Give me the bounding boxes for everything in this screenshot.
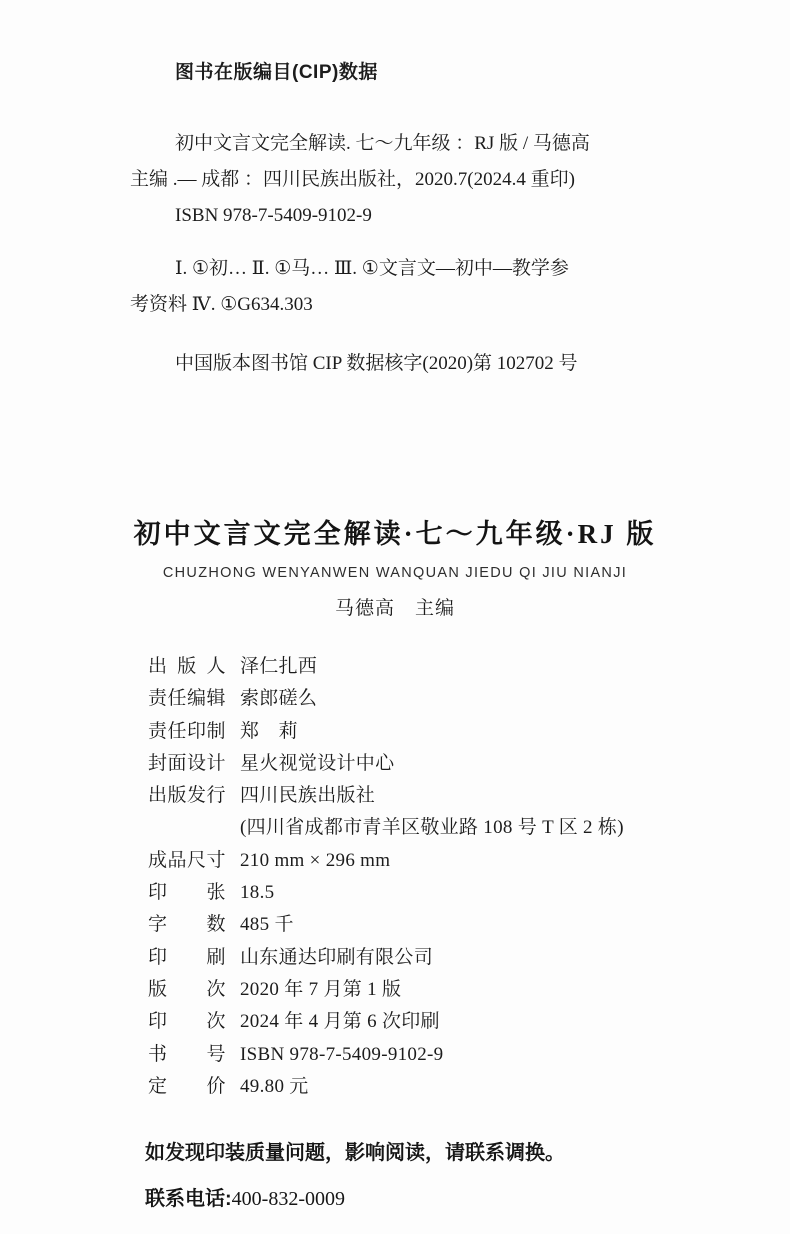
- cip-block: 图书在版编目(CIP)数据 初中文言文完全解读. 七～九年级 ：RJ 版 / 马…: [130, 55, 675, 382]
- cip-class-line: 考资料 Ⅳ. ①G634.303: [130, 287, 675, 323]
- cip-entry-line: 主编 .— 成都 ：四川民族出版社，2020.7(2024.4 重印): [130, 162, 675, 198]
- colophon-label: [148, 812, 226, 844]
- colophon-label: 印刷: [148, 942, 226, 974]
- colophon-row: 出版发行 四川民族出版社: [148, 780, 668, 812]
- colophon-label: 印次: [148, 1006, 226, 1038]
- cip-entry-line: 初中文言文完全解读. 七～九年级 ：RJ 版 / 马德高: [130, 126, 675, 162]
- colophon-row: 印次 2024 年 4 月第 6 次印刷: [148, 1006, 668, 1038]
- book-title: 初中文言文完全解读·七～九年级·RJ 版: [0, 512, 790, 551]
- colophon-value: 210 mm × 296 mm: [240, 845, 668, 877]
- colophon-row: 字数 485 千: [148, 909, 668, 941]
- footer-block: 如发现印装质量问题，影响阅读，请联系调换。 联系电话:400-832-0009: [145, 1130, 565, 1222]
- colophon-value: 49.80 元: [240, 1071, 668, 1103]
- colophon-value: 郑 莉: [240, 716, 668, 748]
- colophon-value: 2024 年 4 月第 6 次印刷: [240, 1006, 668, 1038]
- colophon-label: 字数: [148, 909, 226, 941]
- contact-label: 联系电话:: [145, 1188, 232, 1210]
- book-title-pinyin: CHUZHONG WENYANWEN WANQUAN JIEDU QI JIU …: [0, 565, 790, 581]
- colophon-value: 山东通达印刷有限公司: [240, 942, 668, 974]
- colophon-row: 定价 49.80 元: [148, 1071, 668, 1103]
- colophon-row: 责任编辑 索郎磋么: [148, 683, 668, 715]
- colophon-label: 责任编辑: [148, 683, 226, 715]
- book-editor: 马德高 主编: [0, 593, 790, 620]
- colophon-label: 责任印制: [148, 716, 226, 748]
- colophon-value: 18.5: [240, 877, 668, 909]
- copyright-page: 图书在版编目(CIP)数据 初中文言文完全解读. 七～九年级 ：RJ 版 / 马…: [0, 0, 790, 1234]
- publisher-address: (四川省成都市青羊区敬业路 108 号 T 区 2 栋): [240, 812, 668, 844]
- quality-notice: 如发现印装质量问题，影响阅读，请联系调换。: [145, 1130, 565, 1176]
- colophon-value: 索郎磋么: [240, 683, 668, 715]
- colophon-label: 版次: [148, 974, 226, 1006]
- colophon-row: 成品尺寸 210 mm × 296 mm: [148, 845, 668, 877]
- contact-line: 联系电话:400-832-0009: [145, 1176, 565, 1222]
- contact-phone-number: 400-832-0009: [232, 1188, 345, 1210]
- colophon-value: 2020 年 7 月第 1 版: [240, 974, 668, 1006]
- colophon-label: 封面设计: [148, 748, 226, 780]
- title-block: 初中文言文完全解读·七～九年级·RJ 版 CHUZHONG WENYANWEN …: [0, 512, 790, 620]
- colophon-value: 星火视觉设计中心: [240, 748, 668, 780]
- colophon-value: 泽仁扎西: [240, 651, 668, 683]
- colophon-list: 出版人 泽仁扎西 责任编辑 索郎磋么 责任印制 郑 莉 封面设计 星火视觉设计中…: [148, 651, 668, 1103]
- cip-heading: 图书在版编目(CIP)数据: [175, 55, 675, 91]
- colophon-value: ISBN 978-7-5409-9102-9: [240, 1039, 668, 1071]
- colophon-label: 印张: [148, 877, 226, 909]
- colophon-row: 责任印制 郑 莉: [148, 716, 668, 748]
- colophon-row-address: (四川省成都市青羊区敬业路 108 号 T 区 2 栋): [148, 812, 668, 844]
- cip-entry: 初中文言文完全解读. 七～九年级 ：RJ 版 / 马德高 主编 .— 成都 ：四…: [130, 126, 675, 234]
- colophon-label: 书号: [148, 1039, 226, 1071]
- colophon-label: 出版发行: [148, 780, 226, 812]
- colophon-row: 书号 ISBN 978-7-5409-9102-9: [148, 1039, 668, 1071]
- cip-record-line: 中国版本图书馆 CIP 数据核字(2020)第 102702 号: [175, 346, 675, 382]
- colophon-row: 印张 18.5: [148, 877, 668, 909]
- colophon-row: 印刷 山东通达印刷有限公司: [148, 942, 668, 974]
- colophon-value: 485 千: [240, 909, 668, 941]
- colophon-label: 定价: [148, 1071, 226, 1103]
- colophon-label: 成品尺寸: [148, 845, 226, 877]
- colophon-label: 出版人: [148, 651, 226, 683]
- cip-classification: Ⅰ. ①初… Ⅱ. ①马… Ⅲ. ①文言文—初中—教学参 考资料 Ⅳ. ①G63…: [130, 251, 675, 323]
- colophon-row: 封面设计 星火视觉设计中心: [148, 748, 668, 780]
- colophon-row: 出版人 泽仁扎西: [148, 651, 668, 683]
- cip-class-line: Ⅰ. ①初… Ⅱ. ①马… Ⅲ. ①文言文—初中—教学参: [130, 251, 675, 287]
- colophon-value: 四川民族出版社: [240, 780, 668, 812]
- colophon-row: 版次 2020 年 7 月第 1 版: [148, 974, 668, 1006]
- cip-isbn-line: ISBN 978-7-5409-9102-9: [130, 198, 675, 234]
